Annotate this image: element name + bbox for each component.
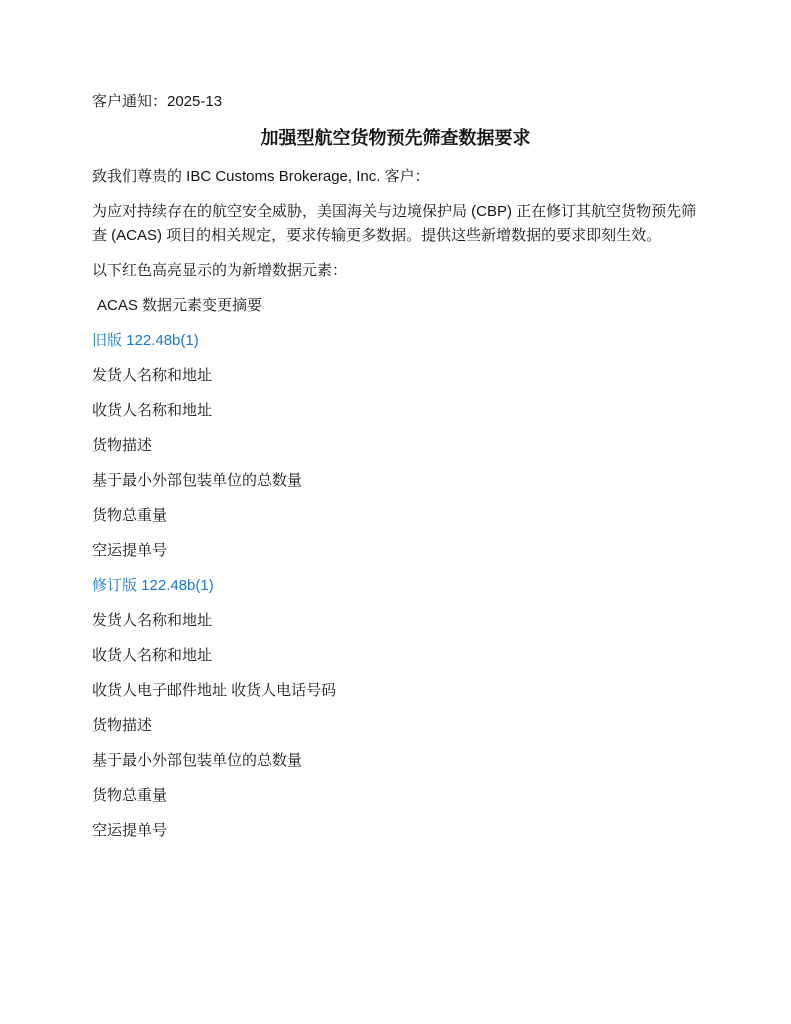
document-page: 客户通知：2025-13 加强型航空货物预先筛查数据要求 致我们尊贵的 IBC … [0, 0, 791, 1024]
intro-paragraph: 为应对持续存在的航空安全威胁，美国海关与边境保护局 (CBP) 正在修订其航空货… [92, 200, 699, 248]
old-version-item: 货物总重量 [92, 504, 699, 528]
highlight-note: 以下红色高亮显示的为新增数据元素： [92, 259, 699, 283]
notice-number: 客户通知：2025-13 [92, 90, 699, 114]
revised-version-heading: 修订版 122.48b(1) [92, 574, 699, 598]
summary-heading: ACAS 数据元素变更摘要 [92, 294, 699, 318]
salutation: 致我们尊贵的 IBC Customs Brokerage, Inc. 客户： [92, 165, 699, 189]
old-version-item: 发货人名称和地址 [92, 364, 699, 388]
old-version-heading: 旧版 122.48b(1) [92, 329, 699, 353]
old-version-item: 收货人名称和地址 [92, 399, 699, 423]
old-version-item: 基于最小外部包装单位的总数量 [92, 469, 699, 493]
revised-version-item: 货物描述 [92, 714, 699, 738]
revised-version-item: 发货人名称和地址 [92, 609, 699, 633]
old-version-item: 货物描述 [92, 434, 699, 458]
revised-version-item: 收货人电子邮件地址 收货人电话号码 [92, 679, 699, 703]
revised-version-item: 货物总重量 [92, 784, 699, 808]
page-title: 加强型航空货物预先筛查数据要求 [92, 125, 699, 151]
revised-version-item: 基于最小外部包装单位的总数量 [92, 749, 699, 773]
revised-version-item: 空运提单号 [92, 819, 699, 843]
revised-version-item: 收货人名称和地址 [92, 644, 699, 668]
old-version-item: 空运提单号 [92, 539, 699, 563]
